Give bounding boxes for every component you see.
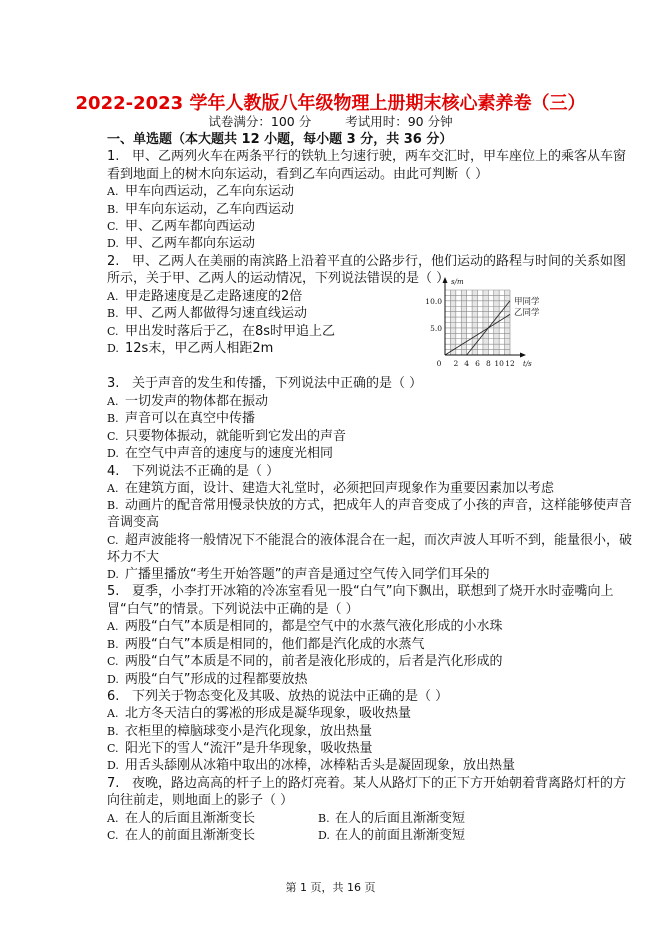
- option-label: B.: [107, 497, 119, 515]
- option-c: 只要物体振动，就能听到它发出的声音: [125, 428, 346, 446]
- option-a: 一切发声的物体都在振动: [125, 393, 268, 411]
- option-c-continued: 坏力不大: [107, 549, 159, 567]
- legend-label: 甲同学: [514, 296, 540, 307]
- question-text: 看到地面上的树木向东运动，看到乙车向西运动。由此可判断（ ）: [107, 166, 488, 184]
- option-label: D.: [107, 671, 119, 689]
- question-text: 下列说法不正确的是（ ）: [132, 463, 279, 481]
- exam-meta: 试卷满分：100 分考试用时：90 分钟: [0, 112, 661, 130]
- option-b-continued: 音调变高: [107, 514, 159, 532]
- option-c: 甲、乙两车都向西运动: [125, 218, 255, 236]
- question-text: 夏季，小李打开冰箱的冷冻室看见一股“白气”向下飘出，联想到了烧开水时壶嘴向上: [132, 583, 613, 601]
- option-c: 阳光下的雪人“流汗”是升华现象，吸收热量: [125, 740, 372, 758]
- option-c: 甲出发时落后于乙，在8s时甲追上乙: [125, 323, 335, 341]
- question-text: 冒“白气”的情景。下列说法中正确的是（ ）: [107, 601, 359, 619]
- option-a: 两股“白气”本质是相同的，都是空气中的水蒸气液化形成的小水珠: [125, 618, 502, 636]
- option-d: 甲、乙两车都向东运动: [125, 235, 255, 253]
- x-axis-arrow-icon: [520, 353, 526, 358]
- option-label: B.: [107, 723, 119, 741]
- x-tick-label: 0: [437, 359, 442, 368]
- question-number: 5.: [107, 583, 119, 601]
- option-c: 超声波能将一般情况下不能混合的液体混合在一起，而次声波人耳听不到，能量很小，破: [125, 532, 632, 550]
- option-label: D.: [318, 827, 330, 845]
- x-tick-label: 8: [486, 359, 491, 368]
- question-text: 甲、乙两列火车在两条平行的铁轨上匀速行驶，两车交汇时，甲车座位上的乘客从车窗: [132, 148, 626, 166]
- option-label: A.: [107, 393, 118, 411]
- full-score: 试卷满分：100 分: [208, 114, 311, 129]
- x-tick-label: 6: [475, 359, 480, 368]
- option-a: 甲走路速度是乙走路速度的2倍: [125, 288, 302, 306]
- option-b: 在人的后面且渐渐变短: [335, 810, 465, 828]
- question-text: 所示，关于甲、乙两人的运动情况，下列说法错误的是（ ）: [107, 270, 449, 288]
- option-label: A.: [107, 183, 118, 201]
- option-d: 广播里播放“考生开始答题”的声音是通过空气传入同学们耳朵的: [125, 566, 489, 584]
- option-b: 声音可以在真空中传播: [125, 410, 255, 428]
- option-label: A.: [107, 480, 118, 498]
- option-b: 动画片的配音常用慢录快放的方式，把成年人的声音变成了小孩的声音，这样能够使声音: [125, 497, 632, 515]
- option-d: 在空气中声音的速度与的速度光相同: [125, 445, 333, 463]
- option-c: 在人的前面且渐渐变长: [125, 827, 255, 845]
- option-label: A.: [107, 705, 118, 723]
- option-label: C.: [107, 428, 119, 446]
- option-label: B.: [107, 410, 119, 428]
- y-axis-arrow-icon: [443, 277, 448, 283]
- option-label: B.: [107, 201, 119, 219]
- option-label: A.: [107, 618, 118, 636]
- option-label: C.: [107, 653, 119, 671]
- option-d: 用舌头舔刚从冰箱中取出的冰棒，冰棒粘舌头是凝固现象，放出热量: [125, 757, 515, 775]
- option-b: 甲车向东运动，乙车向西运动: [125, 201, 294, 219]
- exam-time: 考试用时：90 分钟: [345, 114, 452, 129]
- option-label: D.: [107, 566, 119, 584]
- question-number: 4.: [107, 463, 119, 481]
- section-heading: 一、单选题（本大题共 12 小题，每小题 3 分，共 36 分）: [107, 131, 452, 149]
- option-label: C.: [107, 323, 119, 341]
- legend-label: 乙同学: [514, 307, 540, 318]
- option-a: 北方冬天洁白的雾凇的形成是凝华现象，吸收热量: [125, 705, 411, 723]
- option-d: 在人的前面且渐渐变短: [335, 827, 465, 845]
- option-label: C.: [107, 532, 119, 550]
- option-label: B.: [107, 305, 119, 323]
- x-axis-label: t/s: [523, 360, 532, 368]
- question-number: 7.: [107, 775, 119, 793]
- option-label: D.: [107, 340, 119, 358]
- x-tick-label: 2: [453, 359, 458, 368]
- x-tick-label: 4: [464, 359, 469, 368]
- question-number: 1.: [107, 148, 119, 166]
- option-label: A.: [107, 810, 118, 828]
- option-label: A.: [107, 288, 118, 306]
- question-text: 向往前走，则地面上的影子（ ）: [107, 792, 293, 810]
- distance-time-chart: 甲同学乙同学s/mt/s0246810125.010.0: [415, 275, 550, 375]
- option-label: B.: [318, 810, 330, 828]
- option-label: D.: [107, 445, 119, 463]
- question-number: 6.: [107, 688, 119, 706]
- question-number: 3.: [107, 375, 119, 393]
- option-label: D.: [107, 235, 119, 253]
- page-footer: 第 1 页，共 16 页: [0, 879, 661, 895]
- option-a: 甲车向西运动，乙车向东运动: [125, 183, 294, 201]
- y-axis-label: s/m: [451, 278, 464, 286]
- option-a: 在建筑方面，设计、建造大礼堂时，必须把回声现象作为重要因素加以考虑: [125, 480, 554, 498]
- option-d: 两股“白气”形成的过程都要放热: [125, 671, 307, 689]
- option-b: 两股“白气”本质是相同的，他们都是汽化成的水蒸气: [125, 636, 424, 654]
- option-label: C.: [107, 740, 119, 758]
- question-text: 下列关于物态变化及其吸、放热的说法中正确的是（ ）: [132, 688, 448, 706]
- option-c: 两股“白气”本质是不同的，前者是液化形成的，后者是汽化形成的: [125, 653, 502, 671]
- option-b: 衣柜里的樟脑球变小是汽化现象，放出热量: [125, 723, 372, 741]
- option-a: 在人的后面且渐渐变长: [125, 810, 255, 828]
- option-label: C.: [107, 827, 119, 845]
- y-tick-label: 10.0: [425, 297, 442, 306]
- question-number: 2.: [107, 253, 119, 271]
- x-tick-label: 10: [494, 359, 504, 368]
- option-label: D.: [107, 757, 119, 775]
- option-label: B.: [107, 636, 119, 654]
- question-text: 甲、乙两人在美丽的南滨路上沿着平直的公路步行，他们运动的路程与时间的关系如图: [132, 253, 626, 271]
- option-label: C.: [107, 218, 119, 236]
- option-d: 12s末，甲乙两人相距2m: [125, 340, 273, 358]
- x-tick-label: 12: [505, 359, 515, 368]
- question-text: 关于声音的发生和传播，下列说法中正确的是（ ）: [132, 375, 422, 393]
- question-text: 夜晚，路边高高的杆子上的路灯亮着。某人从路灯下的正下方开始朝着背离路灯杆的方: [132, 775, 626, 793]
- option-b: 甲、乙两人都做得匀速直线运动: [125, 305, 307, 323]
- y-tick-label: 5.0: [430, 324, 442, 333]
